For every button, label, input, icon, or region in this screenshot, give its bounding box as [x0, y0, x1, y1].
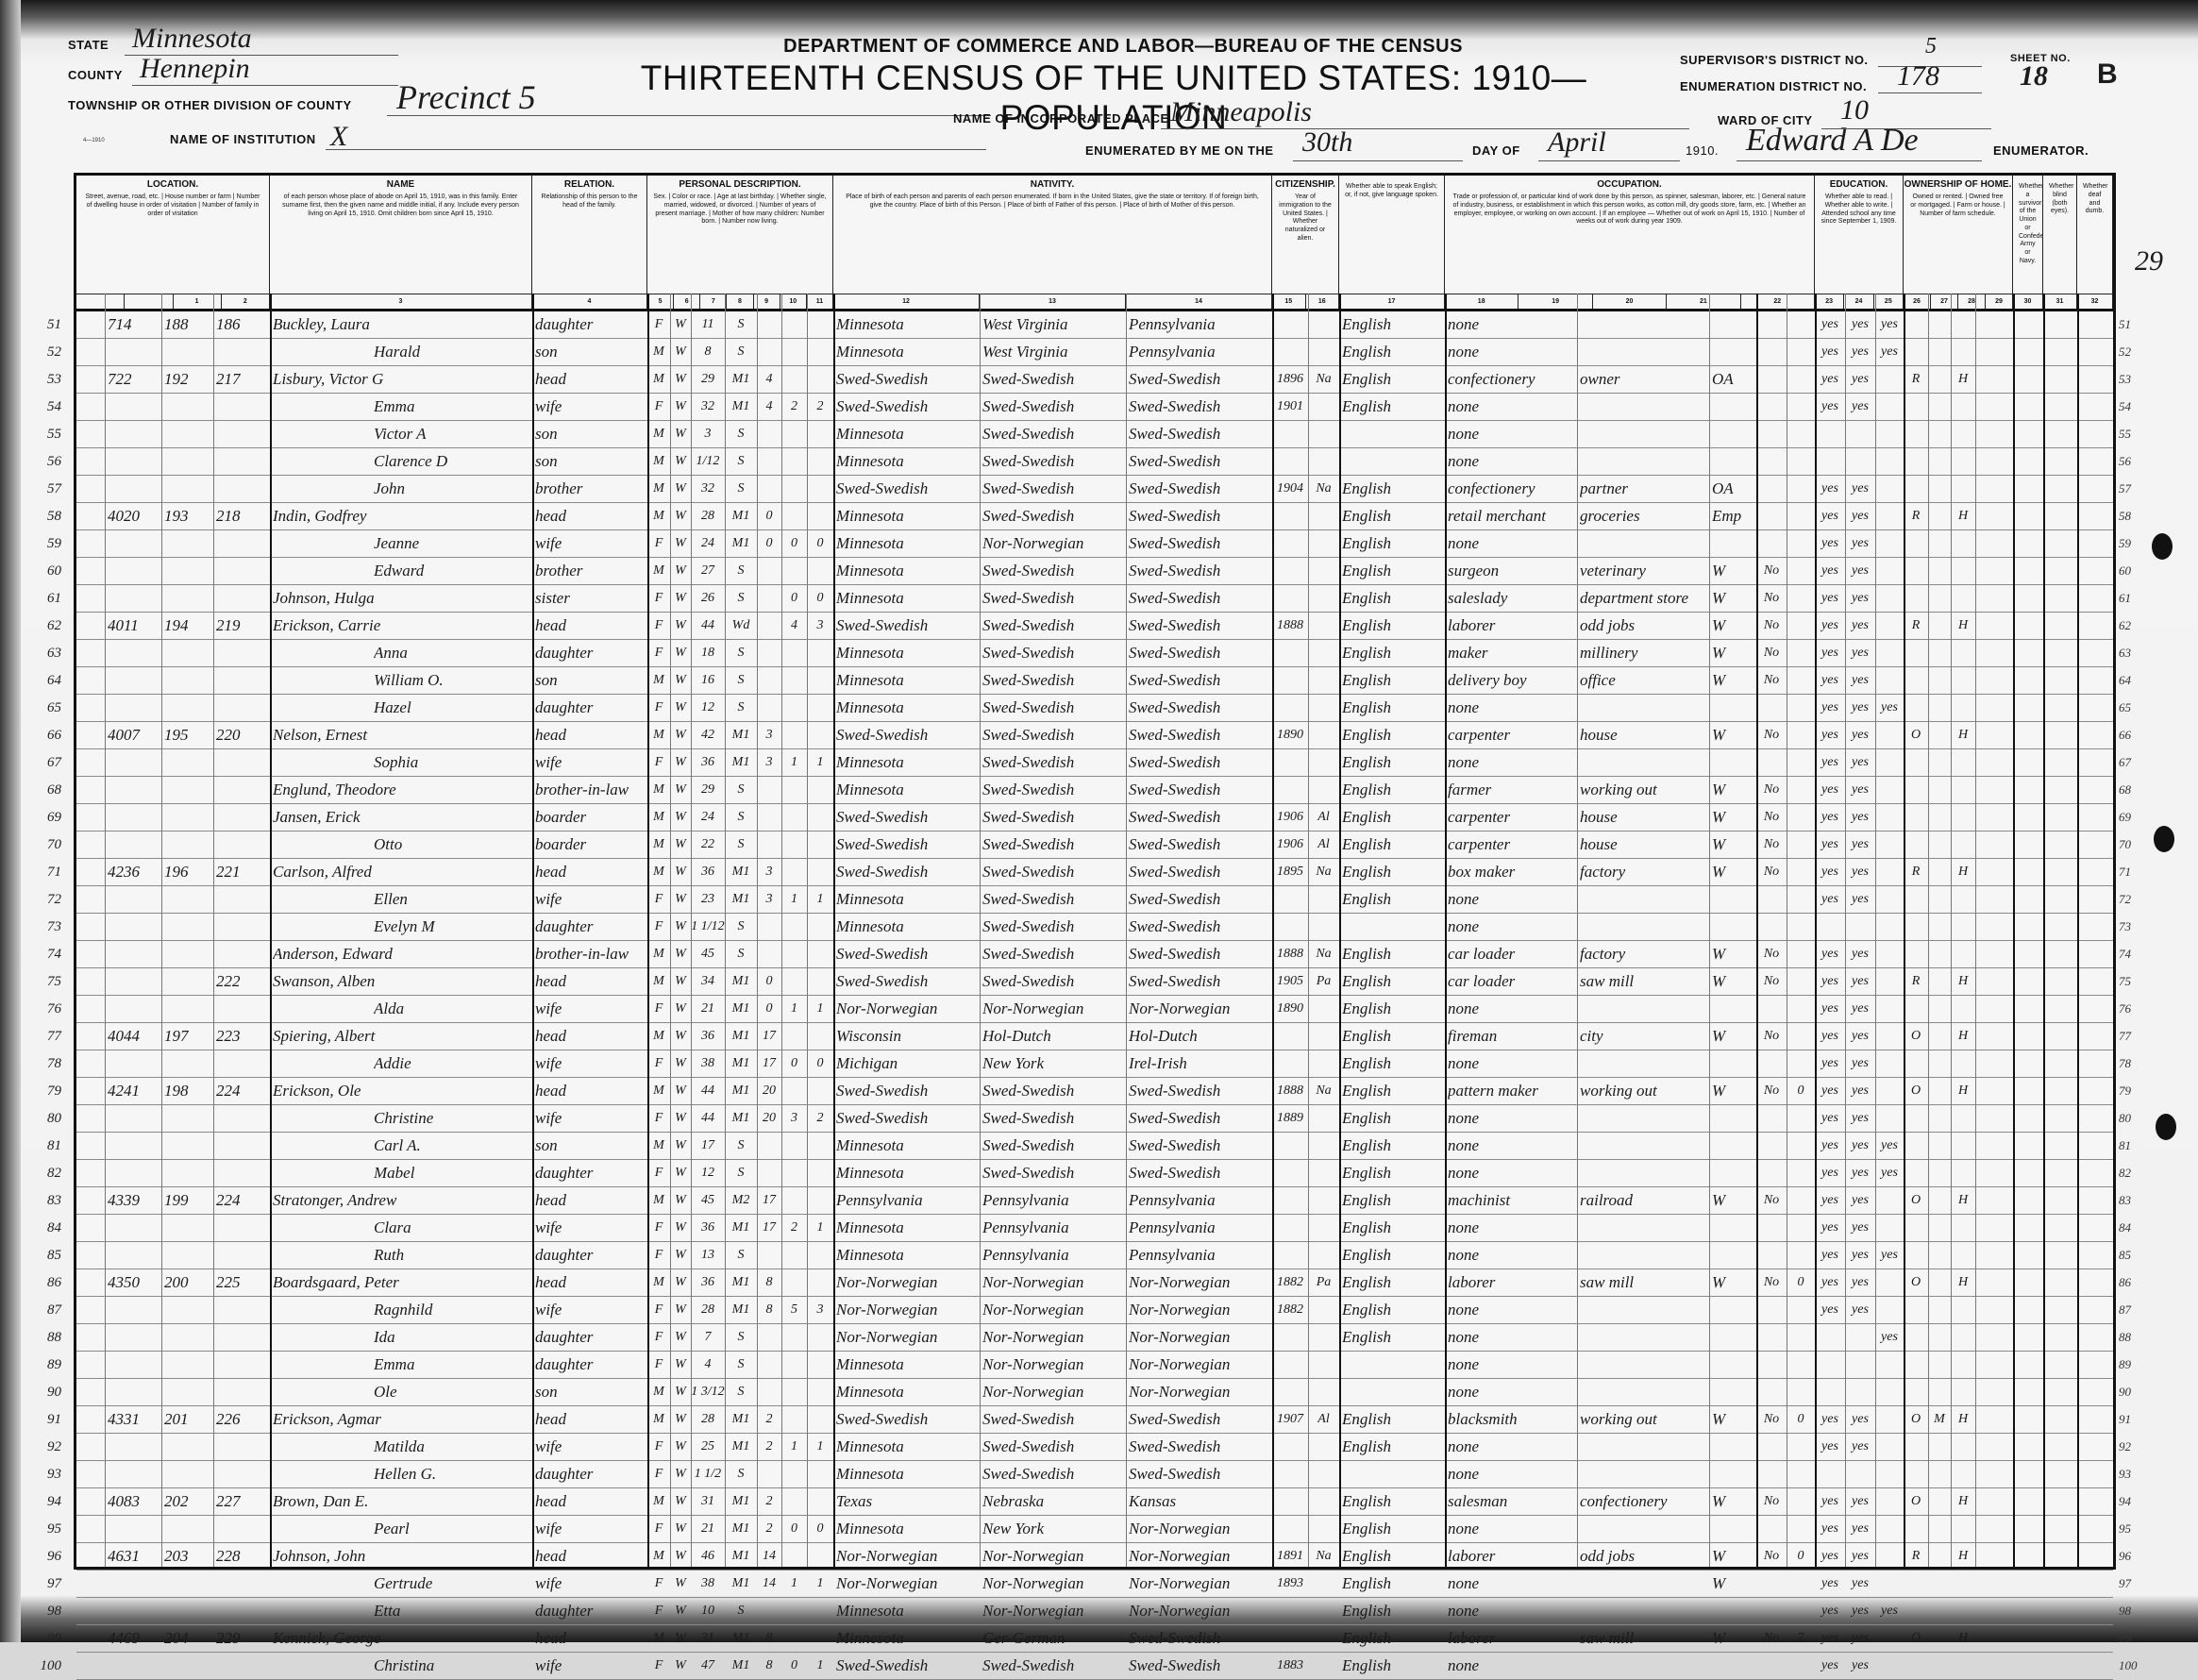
cell-relation: wife [535, 1215, 646, 1241]
cell-age: 38 [691, 1571, 725, 1597]
cell-wks [1787, 1516, 1815, 1542]
cell-ind [1580, 448, 1708, 475]
cell-race: W [670, 1050, 691, 1077]
cell-marital: S [725, 695, 757, 721]
cell-living [807, 1242, 833, 1268]
cell-fh [1951, 1105, 1975, 1132]
cell-wks [1787, 613, 1815, 639]
cell-name: Johnson, Hulga [273, 585, 531, 612]
cell-emp [1712, 749, 1755, 776]
cell-fh [1951, 585, 1975, 612]
cell-family: 222 [216, 968, 269, 995]
line-number: 98 [24, 1598, 61, 1624]
cell-oow [1756, 1297, 1787, 1323]
cell-occ: none [1448, 1242, 1576, 1268]
cell-dwelling [108, 996, 160, 1022]
column-number: 15 [1272, 294, 1306, 309]
cell-wks [1787, 1133, 1815, 1159]
cell-fh [1951, 448, 1975, 475]
column-number: 10 [780, 294, 807, 309]
cell-school [1875, 859, 1904, 885]
cell-living: 0 [807, 1516, 833, 1542]
cell-read: yes [1815, 968, 1845, 995]
cell-marital: M1 [725, 394, 757, 420]
cell-wks [1787, 722, 1815, 748]
cell-imm [1272, 1352, 1308, 1378]
line-number-right: 84 [2119, 1215, 2156, 1241]
cell-family [216, 695, 269, 721]
cell-marital: M1 [725, 1543, 757, 1570]
line-number: 84 [24, 1215, 61, 1241]
cell-born: 5 [781, 1297, 807, 1323]
cell-family: 219 [216, 613, 269, 639]
cell-race: W [670, 1078, 691, 1104]
cell-read [1815, 914, 1845, 940]
cell-occ: none [1448, 1571, 1576, 1597]
cell-nat: Al [1308, 804, 1339, 831]
cell-occ: machinist [1448, 1187, 1576, 1214]
cell-ind: city [1580, 1023, 1708, 1050]
cell-house [164, 448, 212, 475]
cell-race: W [670, 777, 691, 803]
cell-born: 1 [781, 1571, 807, 1597]
cell-school [1875, 394, 1904, 420]
line-number-right: 51 [2119, 311, 2156, 338]
cell-write: yes [1845, 530, 1875, 557]
cell-house [164, 1160, 212, 1186]
cell-bpf: Ger-German [982, 1625, 1125, 1642]
cell-school [1875, 832, 1904, 858]
cell-age: 24 [691, 530, 725, 557]
cell-occ: carpenter [1448, 804, 1576, 831]
cell-dwelling [108, 914, 160, 940]
cell-family [216, 640, 269, 666]
cell-living: 1 [807, 749, 833, 776]
cell-nat [1308, 530, 1339, 557]
cell-read: yes [1815, 1434, 1845, 1460]
line-number: 75 [24, 968, 61, 995]
cell-ind: saw mill [1580, 1269, 1708, 1296]
column-number [76, 294, 125, 309]
cell-occ: none [1448, 1324, 1576, 1351]
cell-bpm: Nor-Norwegian [1129, 1598, 1271, 1624]
cell-age: 1/12 [691, 448, 725, 475]
cell-race: W [670, 585, 691, 612]
cell-lang: English [1342, 1543, 1444, 1570]
cell-read: yes [1815, 1215, 1845, 1241]
line-number-right: 75 [2119, 968, 2156, 995]
cell-nat [1308, 311, 1339, 338]
cell-house [164, 777, 212, 803]
cell-family [216, 886, 269, 913]
cell-ind [1580, 1516, 1708, 1542]
line-number: 55 [24, 421, 61, 447]
cell-lang [1342, 914, 1444, 940]
cell-marital: M1 [725, 1516, 757, 1542]
cell-bpf: Swed-Swedish [982, 476, 1125, 502]
cell-lang: English [1342, 1434, 1444, 1460]
cell-bpm: Swed-Swedish [1129, 558, 1271, 584]
table-row: 8282MabeldaughterFW12SMinnesotaSwed-Swed… [76, 1160, 2113, 1187]
column-number: 3 [270, 294, 532, 309]
cell-bpf: Nor-Norwegian [982, 1352, 1125, 1378]
cell-dwelling [108, 476, 160, 502]
cell-school [1875, 804, 1904, 831]
cell-living [807, 1461, 833, 1487]
cell-mort [1928, 859, 1951, 885]
line-number-right: 70 [2119, 832, 2156, 858]
cell-lang: English [1342, 1324, 1444, 1351]
line-number: 68 [24, 777, 61, 803]
cell-occ: pattern maker [1448, 1078, 1576, 1104]
cell-write: yes [1845, 640, 1875, 666]
cell-mort [1928, 1379, 1951, 1405]
cell-sex: F [647, 530, 670, 557]
line-number: 99 [24, 1625, 61, 1642]
cell-read: yes [1815, 1488, 1845, 1515]
column-group-header: NAMEof each person whose place of abode … [270, 176, 532, 294]
cell-occ: none [1448, 1215, 1576, 1241]
cell-bpm: Swed-Swedish [1129, 667, 1271, 694]
cell-bpf: Swed-Swedish [982, 667, 1125, 694]
cell-school [1875, 640, 1904, 666]
cell-yrs: 8 [757, 1625, 781, 1642]
cell-nat [1308, 1571, 1339, 1597]
column-group-header: Whether able to speak English; or, if no… [1339, 176, 1445, 294]
cell-ind [1580, 1434, 1708, 1460]
cell-sex: F [647, 394, 670, 420]
cell-occ: salesman [1448, 1488, 1576, 1515]
column-description: Whether deaf and dumb. [2077, 179, 2112, 220]
cell-imm [1272, 1023, 1308, 1050]
cell-nat [1308, 394, 1339, 420]
cell-bpf: West Virginia [982, 339, 1125, 365]
cell-oow [1756, 914, 1787, 940]
cell-imm [1272, 1050, 1308, 1077]
cell-bpf: Hol-Dutch [982, 1023, 1125, 1050]
cell-emp: W [1712, 859, 1755, 885]
cell-ind: working out [1580, 1078, 1708, 1104]
table-row: 9090OlesonMW1 3/12SMinnesotaNor-Norwegia… [76, 1379, 2113, 1406]
cell-ind: groceries [1580, 503, 1708, 529]
column-divider [670, 294, 671, 1567]
cell-house: 203 [164, 1543, 212, 1570]
cell-relation: head [535, 722, 646, 748]
cell-family [216, 339, 269, 365]
cell-own: R [1904, 613, 1928, 639]
cell-house: 196 [164, 859, 212, 885]
cell-ind: office [1580, 667, 1708, 694]
line-number-right: 83 [2119, 1187, 2156, 1214]
cell-oow: No [1756, 777, 1787, 803]
cell-age: 36 [691, 859, 725, 885]
cell-nat [1308, 996, 1339, 1022]
cell-family [216, 1461, 269, 1487]
cell-emp: W [1712, 1543, 1755, 1570]
column-number: 24 [1844, 294, 1873, 309]
table-row: 9595PearlwifeFW21M1200MinnesotaNew YorkN… [76, 1516, 2113, 1543]
cell-mort [1928, 394, 1951, 420]
cell-own [1904, 1050, 1928, 1077]
cell-bpm: Nor-Norwegian [1129, 1352, 1271, 1378]
incorporated-place-label: Name of incorporated place [953, 111, 1169, 126]
cell-name: Spiering, Albert [273, 1023, 531, 1050]
cell-emp [1712, 1379, 1755, 1405]
cell-write: yes [1845, 777, 1875, 803]
column-number: 17 [1339, 294, 1445, 309]
line-number-right: 55 [2119, 421, 2156, 447]
column-divider [691, 294, 692, 1567]
cell-wks [1787, 941, 1815, 967]
cell-oow: No [1756, 722, 1787, 748]
cell-relation: brother-in-law [535, 777, 646, 803]
cell-oow [1756, 1050, 1787, 1077]
cell-bp: Minnesota [836, 886, 979, 913]
cell-own: O [1904, 1406, 1928, 1433]
column-number: 7 [700, 294, 727, 309]
cell-ind [1580, 1324, 1708, 1351]
cell-house [164, 996, 212, 1022]
cell-oow [1756, 311, 1787, 338]
cell-dwelling: 4007 [108, 722, 160, 748]
cell-race: W [670, 448, 691, 475]
cell-oow [1756, 1571, 1787, 1597]
enumeration-district-label: Enumeration District No. [1680, 79, 1867, 93]
cell-mort [1928, 1215, 1951, 1241]
column-description: Trade or profession of, or particular ki… [1445, 190, 1814, 230]
cell-own: O [1904, 1269, 1928, 1296]
cell-bpf: Nor-Norwegian [982, 1598, 1125, 1624]
cell-sex: M [647, 1488, 670, 1515]
cell-lang: English [1342, 1078, 1444, 1104]
cell-own [1904, 448, 1928, 475]
cell-bpf: Nor-Norwegian [982, 1269, 1125, 1296]
line-number-right: 59 [2119, 530, 2156, 557]
line-number: 89 [24, 1352, 61, 1378]
cell-bp: Minnesota [836, 749, 979, 776]
cell-nat: Na [1308, 476, 1339, 502]
cell-emp: W [1712, 640, 1755, 666]
table-row: 8484ClarawifeFW36M11721MinnesotaPennsylv… [76, 1215, 2113, 1242]
cell-born [781, 1160, 807, 1186]
cell-age: 21 [691, 996, 725, 1022]
cell-sex: M [647, 448, 670, 475]
cell-race: W [670, 996, 691, 1022]
table-row: 6767SophiawifeFW36M1311MinnesotaSwed-Swe… [76, 749, 2113, 777]
cell-emp: W [1712, 832, 1755, 858]
cell-school [1875, 1488, 1904, 1515]
cell-bpm: Irel-Irish [1129, 1050, 1271, 1077]
cell-house [164, 585, 212, 612]
cell-family [216, 749, 269, 776]
cell-occ: none [1448, 1434, 1576, 1460]
line-number: 60 [24, 558, 61, 584]
table-row: 9292MatildawifeFW25M1211MinnesotaSwed-Sw… [76, 1434, 2113, 1461]
cell-sex: M [647, 339, 670, 365]
cell-lang: English [1342, 1023, 1444, 1050]
cell-marital: S [725, 1242, 757, 1268]
cell-mort [1928, 749, 1951, 776]
cell-bp: Swed-Swedish [836, 941, 979, 967]
cell-bpm: Swed-Swedish [1129, 914, 1271, 940]
cell-sex: F [647, 1461, 670, 1487]
cell-house [164, 1215, 212, 1241]
cell-ind [1580, 1160, 1708, 1186]
cell-race: W [670, 1488, 691, 1515]
column-divider [1845, 294, 1846, 1567]
line-number-right: 99 [2119, 1625, 2156, 1642]
cell-school: yes [1875, 311, 1904, 338]
line-number-right: 72 [2119, 886, 2156, 913]
cell-born: 0 [781, 585, 807, 612]
cell-yrs: 2 [757, 1406, 781, 1433]
cell-marital: M1 [725, 1297, 757, 1323]
cell-fh: H [1951, 968, 1975, 995]
line-number-right: 67 [2119, 749, 2156, 776]
cell-yrs [757, 1598, 781, 1624]
cell-bp: Swed-Swedish [836, 613, 979, 639]
cell-school [1875, 1050, 1904, 1077]
cell-emp: OA [1712, 366, 1755, 393]
cell-race: W [670, 421, 691, 447]
cell-read: yes [1815, 476, 1845, 502]
cell-oow: No [1756, 941, 1787, 967]
cell-dwelling [108, 1434, 160, 1460]
cell-living [807, 859, 833, 885]
cell-race: W [670, 1434, 691, 1460]
cell-living [807, 339, 833, 365]
cell-age: 8 [691, 339, 725, 365]
cell-bpm: Hol-Dutch [1129, 1023, 1271, 1050]
cell-occ: none [1448, 1105, 1576, 1132]
cell-sex: F [647, 311, 670, 338]
cell-school [1875, 996, 1904, 1022]
cell-nat [1308, 914, 1339, 940]
cell-bpm: Swed-Swedish [1129, 722, 1271, 748]
cell-mort [1928, 503, 1951, 529]
cell-house: 199 [164, 1187, 212, 1214]
cell-yrs: 20 [757, 1105, 781, 1132]
cell-family: 223 [216, 1023, 269, 1050]
column-divider [1272, 294, 1274, 1567]
line-number-right: 62 [2119, 613, 2156, 639]
cell-relation: brother [535, 476, 646, 502]
cell-yrs: 4 [757, 366, 781, 393]
cell-house [164, 558, 212, 584]
cell-ind: saw mill [1580, 1625, 1708, 1642]
cell-marital: S [725, 1461, 757, 1487]
cell-yrs [757, 1242, 781, 1268]
cell-bpf: Swed-Swedish [982, 421, 1125, 447]
line-number: 88 [24, 1324, 61, 1351]
cell-name: Englund, Theodore [273, 777, 531, 803]
cell-ind: railroad [1580, 1187, 1708, 1214]
cell-emp: W [1712, 1078, 1755, 1104]
cell-emp: W [1712, 1488, 1755, 1515]
line-number: 64 [24, 667, 61, 694]
cell-write: yes [1845, 558, 1875, 584]
cell-own: O [1904, 1187, 1928, 1214]
cell-yrs: 2 [757, 1488, 781, 1515]
cell-read: yes [1815, 1516, 1845, 1542]
cell-emp [1712, 996, 1755, 1022]
cell-age: 28 [691, 1406, 725, 1433]
cell-read: yes [1815, 339, 1845, 365]
cell-born [781, 1187, 807, 1214]
cell-race: W [670, 1352, 691, 1378]
cell-occ: none [1448, 1050, 1576, 1077]
cell-yrs: 8 [757, 1269, 781, 1296]
cell-own: R [1904, 503, 1928, 529]
cell-ind [1580, 1352, 1708, 1378]
cell-school [1875, 914, 1904, 940]
cell-own: R [1904, 366, 1928, 393]
cell-dwelling [108, 1050, 160, 1077]
cell-family [216, 1297, 269, 1323]
cell-marital: M1 [725, 530, 757, 557]
cell-dwelling [108, 1598, 160, 1624]
cell-age: 26 [691, 585, 725, 612]
cell-own [1904, 804, 1928, 831]
cell-own [1904, 1242, 1928, 1268]
cell-born [781, 1379, 807, 1405]
cell-mort [1928, 996, 1951, 1022]
table-row: 62624011194219Erickson, CarrieheadFW44Wd… [76, 613, 2113, 640]
cell-lang [1342, 1352, 1444, 1378]
cell-fh [1951, 1050, 1975, 1077]
cell-read: yes [1815, 1160, 1845, 1186]
line-number: 69 [24, 804, 61, 831]
cell-relation: wife [535, 1516, 646, 1542]
enumerator-label: Enumerator. [1993, 143, 2089, 158]
table-row: 8787RagnhildwifeFW28M1853Nor-NorwegianNo… [76, 1297, 2113, 1324]
cell-bpf: Swed-Swedish [982, 640, 1125, 666]
cell-ind [1580, 421, 1708, 447]
cell-relation: head [535, 1543, 646, 1570]
cell-bp: Texas [836, 1488, 979, 1515]
cell-write: yes [1845, 941, 1875, 967]
column-number: 14 [1126, 294, 1272, 309]
line-number-right: 60 [2119, 558, 2156, 584]
cell-school [1875, 886, 1904, 913]
cell-occ: laborer [1448, 1625, 1576, 1642]
column-number: 19 [1518, 294, 1592, 309]
cell-bpf: Swed-Swedish [982, 777, 1125, 803]
cell-emp: W [1712, 1269, 1755, 1296]
cell-write: yes [1845, 968, 1875, 995]
enumerated-label: Enumerated by me on the [1085, 143, 1274, 158]
cell-read: yes [1815, 530, 1845, 557]
cell-emp: W [1712, 667, 1755, 694]
cell-yrs [757, 476, 781, 502]
cell-nat [1308, 1023, 1339, 1050]
cell-age: 29 [691, 366, 725, 393]
cell-family: 224 [216, 1078, 269, 1104]
cell-oow: No [1756, 667, 1787, 694]
cell-dwelling [108, 1379, 160, 1405]
cell-race: W [670, 1133, 691, 1159]
cell-bpm: Swed-Swedish [1129, 503, 1271, 529]
table-row: 6464William O.sonMW16SMinnesotaSwed-Swed… [76, 667, 2113, 695]
line-number-right: 92 [2119, 1434, 2156, 1460]
table-row: 7575222Swanson, AlbenheadMW34M10Swed-Swe… [76, 968, 2113, 996]
column-group-title: OCCUPATION. [1445, 176, 1814, 190]
cell-yrs: 3 [757, 722, 781, 748]
cell-house [164, 1379, 212, 1405]
cell-write: yes [1845, 1242, 1875, 1268]
cell-oow [1756, 996, 1787, 1022]
cell-lang: English [1342, 886, 1444, 913]
